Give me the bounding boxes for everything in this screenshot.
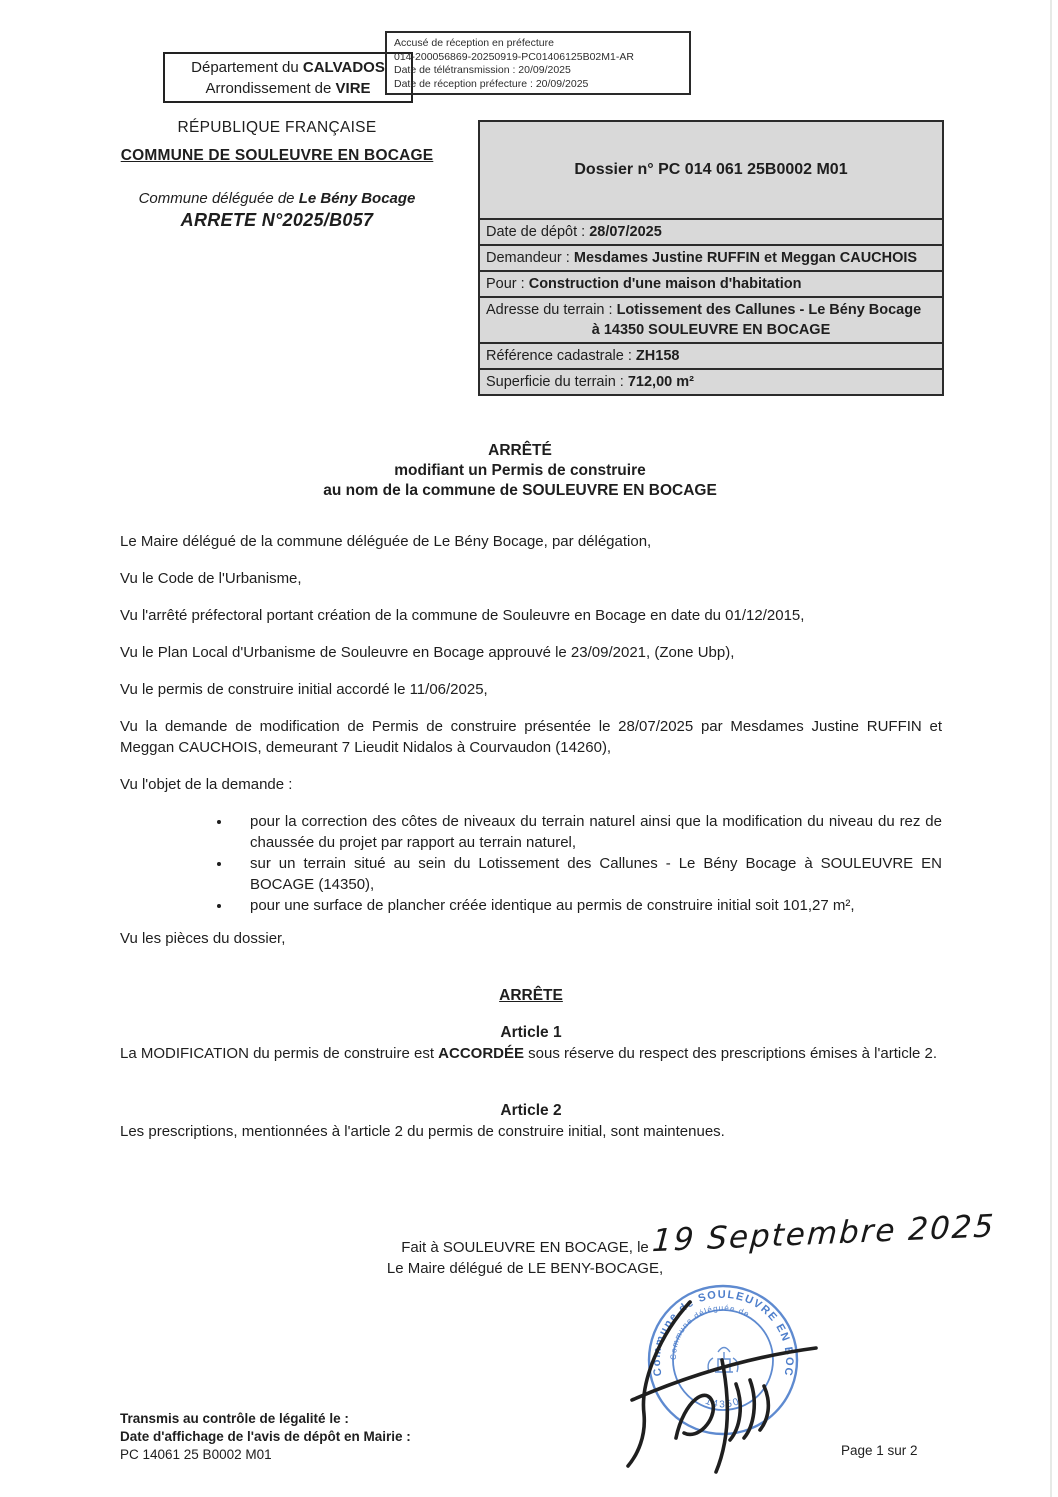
- deleguee-name: Le Bény Bocage: [299, 190, 416, 207]
- article2-heading: Article 2: [120, 1100, 942, 1121]
- article2-text: Les prescriptions, mentionnées à l'artic…: [120, 1121, 942, 1142]
- paragraph-maire: Le Maire délégué de la commune déléguée …: [120, 531, 942, 552]
- row-label: Superficie du terrain :: [486, 374, 628, 390]
- document-title: ARRÊTÉ modifiant un Permis de construire…: [0, 441, 1040, 501]
- paragraph-vu-plu: Vu le Plan Local d'Urbanisme de Souleuvr…: [120, 642, 942, 663]
- table-row-superficie: Superficie du terrain : 712,00 m²: [480, 370, 942, 394]
- department-label: Département du: [191, 59, 303, 76]
- row-label: Pour :: [486, 276, 529, 292]
- article1-pre: La MODIFICATION du permis de construire …: [120, 1045, 438, 1062]
- article1-accordee: ACCORDÉE: [438, 1045, 524, 1062]
- arrondissement-value: VIRE: [336, 80, 371, 97]
- paragraph-vu-objet: Vu l'objet de la demande :: [120, 774, 942, 795]
- bullet-item: pour la correction des côtes de niveaux …: [232, 811, 942, 853]
- objet-bullet-list: pour la correction des côtes de niveaux …: [120, 811, 942, 916]
- department-value: CALVADOS: [303, 59, 385, 76]
- bullet-item: sur un terrain situé au sein du Lotissem…: [232, 853, 942, 895]
- arrete-heading: ARRÊTE: [120, 985, 942, 1006]
- department-line: Département du CALVADOS: [165, 57, 411, 78]
- article1-post: sous réserve du respect des prescription…: [524, 1045, 937, 1062]
- handwritten-signature: [616, 1288, 826, 1478]
- row-label: Demandeur :: [486, 250, 574, 266]
- row-value-line2: à 14350 SOULEUVRE EN BOCAGE: [486, 320, 936, 340]
- table-row-reference: Référence cadastrale : ZH158: [480, 344, 942, 370]
- row-value: ZH158: [636, 348, 680, 364]
- paragraph-vu-code: Vu le Code de l'Urbanisme,: [120, 568, 942, 589]
- article1-heading: Article 1: [120, 1022, 942, 1043]
- handwritten-date: 19 Septembre 2025: [651, 1209, 983, 1260]
- paragraph-vu-pieces: Vu les pièces du dossier,: [120, 928, 942, 949]
- page-indicator: Page 1 sur 2: [841, 1443, 918, 1458]
- maire-line: Le Maire délégué de LE BENY-BOCAGE,: [120, 1258, 930, 1279]
- footer: Transmis au contrôle de légalité le : Da…: [120, 1410, 411, 1464]
- department-box: Département du CALVADOS Arrondissement d…: [163, 52, 413, 103]
- row-label: Référence cadastrale :: [486, 348, 636, 364]
- receipt-reference: 014-200056869-20250919-PC01406125B02M1-A…: [394, 51, 682, 65]
- document-page: Département du CALVADOS Arrondissement d…: [0, 0, 1058, 1497]
- row-value: 712,00 m²: [628, 374, 694, 390]
- row-label: Date de dépôt :: [486, 224, 589, 240]
- row-value: Lotissement des Callunes - Le Bény Bocag…: [617, 302, 922, 318]
- dossier-number-cell: Dossier n° PC 014 061 25B0002 M01: [480, 122, 942, 220]
- footer-affichage-line: Date d'affichage de l'avis de dépôt en M…: [120, 1428, 411, 1446]
- receipt-title: Accusé de réception en préfecture: [394, 37, 682, 51]
- table-row-date-depot: Date de dépôt : 28/07/2025: [480, 220, 942, 246]
- row-value: 28/07/2025: [589, 224, 662, 240]
- paragraph-vu-arrete-prefectoral: Vu l'arrêté préfectoral portant création…: [120, 605, 942, 626]
- reception-receipt-box: Accusé de réception en préfecture 014-20…: [385, 31, 691, 95]
- scan-edge-artifact: [1050, 0, 1052, 1497]
- arrete-heading-text: ARRÊTE: [499, 987, 563, 1004]
- arrete-number: ARRETE N°2025/B057: [92, 210, 462, 231]
- table-row-adresse: Adresse du terrain : Lotissement des Cal…: [480, 298, 942, 344]
- footer-dossier-ref: PC 14061 25 B0002 M01: [120, 1446, 411, 1464]
- footer-transmis-line: Transmis au contrôle de légalité le :: [120, 1410, 411, 1428]
- republique-title: RÉPUBLIQUE FRANÇAISE: [92, 119, 462, 137]
- paragraph-vu-demande: Vu la demande de modification de Permis …: [120, 716, 942, 758]
- paragraph-vu-permis-initial: Vu le permis de construire initial accor…: [120, 679, 942, 700]
- row-value: Construction d'une maison d'habitation: [529, 276, 802, 292]
- arrondissement-label: Arrondissement de: [205, 80, 335, 97]
- dossier-table: Dossier n° PC 014 061 25B0002 M01 Date d…: [478, 120, 944, 396]
- commune-deleguee-line: Commune déléguée de Le Bény Bocage: [92, 190, 462, 207]
- table-row-demandeur: Demandeur : Mesdames Justine RUFFIN et M…: [480, 246, 942, 272]
- article1-text: La MODIFICATION du permis de construire …: [120, 1043, 942, 1064]
- commune-title: COMMUNE DE SOULEUVRE EN BOCAGE: [92, 147, 462, 165]
- receipt-reception-date: Date de réception préfecture : 20/09/202…: [394, 78, 682, 92]
- row-label: Adresse du terrain :: [486, 302, 617, 318]
- bullet-item: pour une surface de plancher créée ident…: [232, 895, 942, 916]
- header-left: RÉPUBLIQUE FRANÇAISE COMMUNE DE SOULEUVR…: [92, 119, 462, 231]
- row-value: Mesdames Justine RUFFIN et Meggan CAUCHO…: [574, 250, 917, 266]
- arrondissement-line: Arrondissement de VIRE: [165, 78, 411, 99]
- table-row-pour: Pour : Construction d'une maison d'habit…: [480, 272, 942, 298]
- receipt-transmission-date: Date de télétransmission : 20/09/2025: [394, 64, 682, 78]
- document-body: Le Maire délégué de la commune déléguée …: [120, 531, 942, 1158]
- title-line2: modifiant un Permis de construire: [0, 461, 1040, 481]
- title-line3: au nom de la commune de SOULEUVRE EN BOC…: [0, 481, 1040, 501]
- deleguee-prefix: Commune déléguée de: [139, 190, 299, 207]
- title-line1: ARRÊTÉ: [0, 441, 1040, 461]
